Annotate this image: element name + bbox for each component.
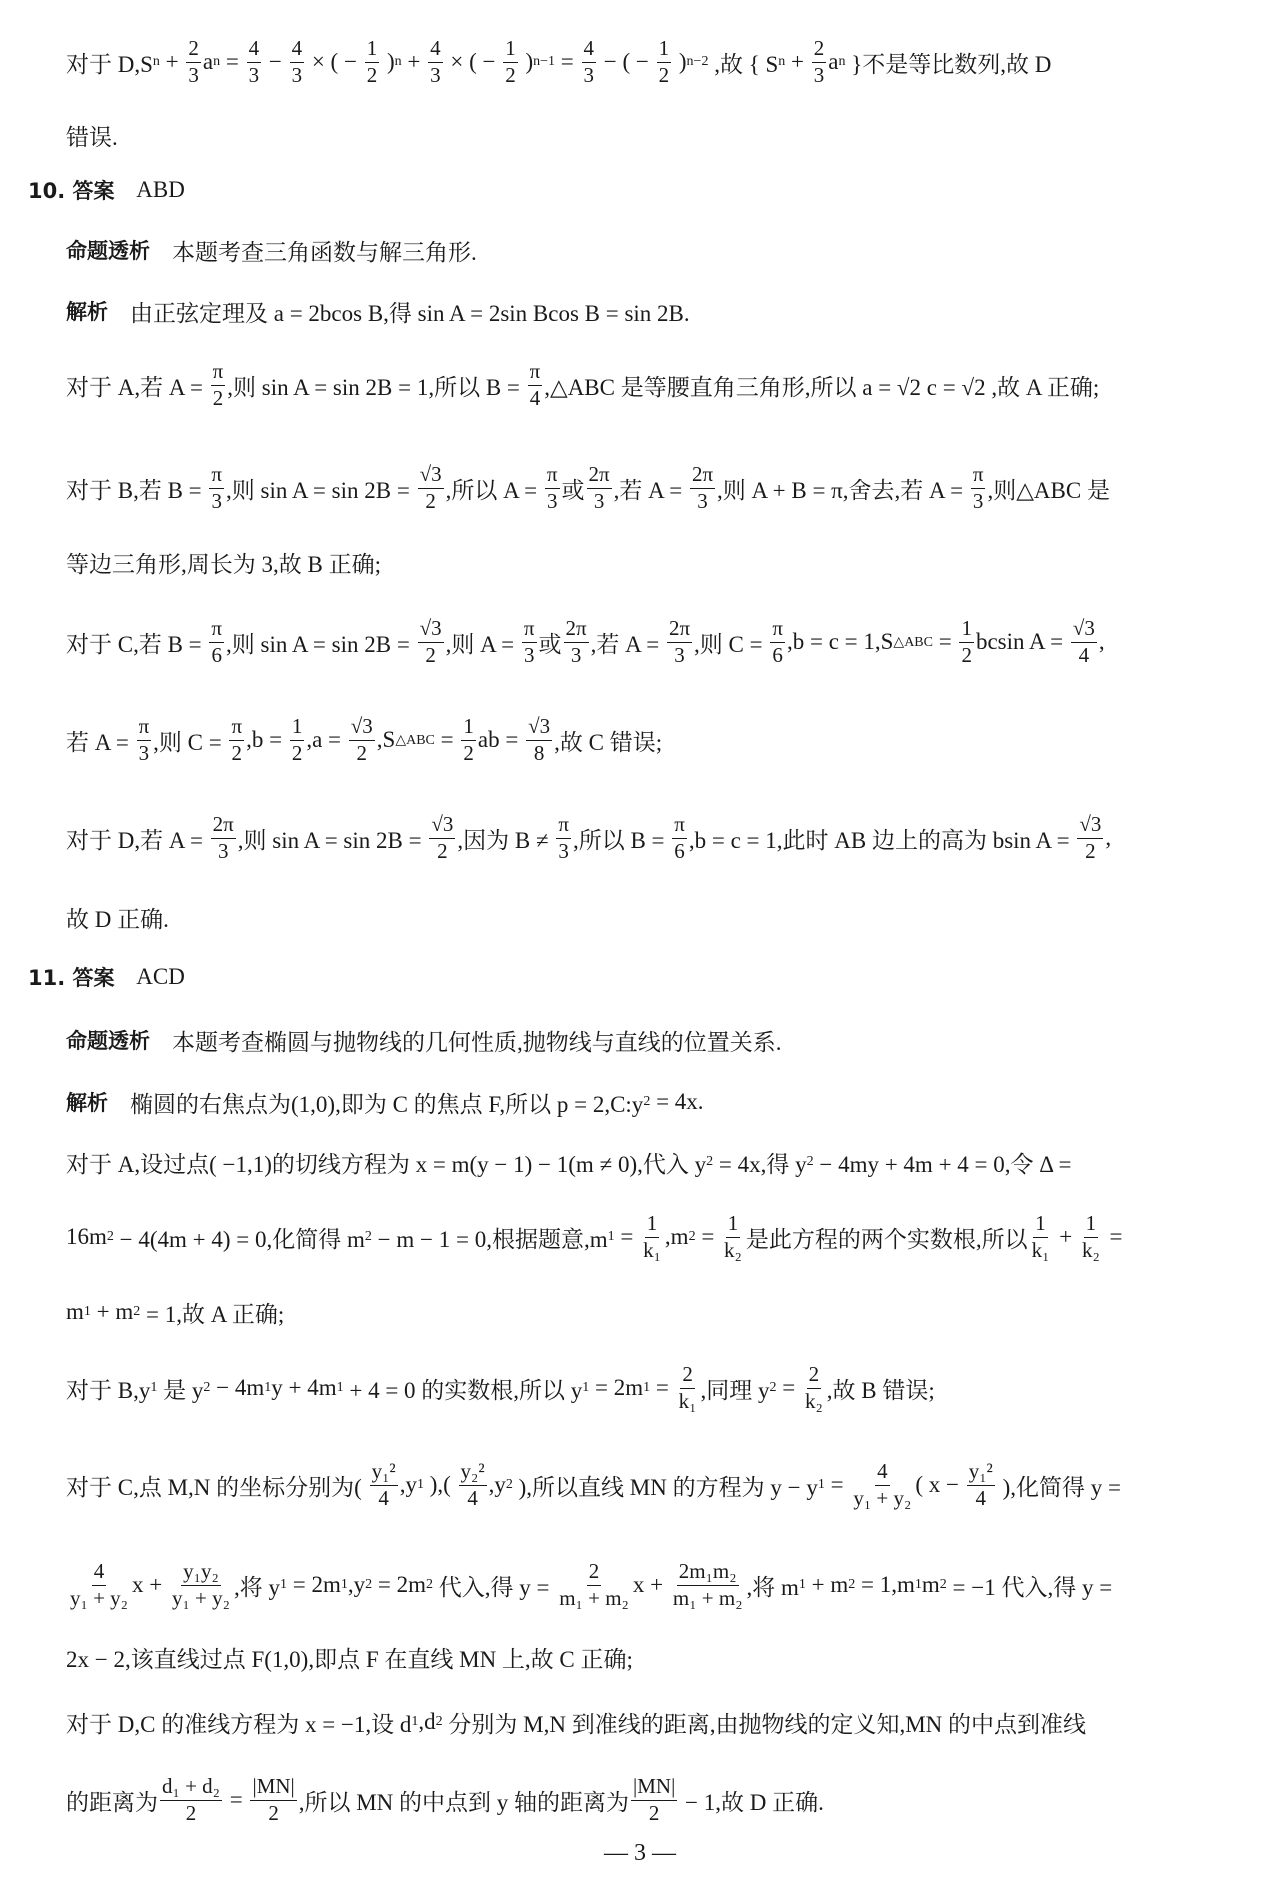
text-segment: ,y bbox=[489, 1472, 506, 1498]
text-segment: ),所以直线 MN 的方程为 y − y bbox=[513, 1469, 818, 1502]
text-segment: 的距离为 bbox=[66, 1784, 158, 1817]
text-line: 11. 答案 ACD bbox=[28, 947, 185, 1007]
section-label: 命题透析 bbox=[66, 235, 150, 265]
fraction: π6 bbox=[672, 813, 687, 862]
text-segment: a bbox=[828, 49, 838, 75]
fraction: √32 bbox=[418, 617, 444, 666]
fraction: √34 bbox=[1071, 617, 1097, 666]
text-segment: = bbox=[224, 1787, 248, 1813]
fraction: √32 bbox=[418, 463, 444, 512]
subscript: 2 bbox=[769, 1380, 776, 1396]
subscript: 2 bbox=[506, 1477, 513, 1493]
text-segment: ,则 sin A = sin 2B = 1,所以 B = bbox=[227, 369, 525, 402]
fraction: 4y₁ + y₂ bbox=[851, 1460, 913, 1509]
section-label: 解析 bbox=[66, 296, 108, 326]
text-segment: 对于 A,设过点( −1,1)的切线方程为 x = m(y − 1) − 1(m… bbox=[66, 1146, 706, 1179]
text-segment: 或 bbox=[562, 472, 585, 505]
text-segment: x + bbox=[633, 1572, 669, 1598]
fraction: 2m₁m₂m₁ + m₂ bbox=[671, 1560, 745, 1609]
text-segment: ,则△ABC 是 bbox=[987, 472, 1109, 505]
text-segment: y + 4m bbox=[271, 1375, 336, 1401]
fraction: y₂²4 bbox=[459, 1460, 487, 1509]
fraction: π3 bbox=[971, 463, 986, 512]
superscript: 2 bbox=[107, 1229, 114, 1245]
text-segment: = 2m bbox=[287, 1572, 341, 1598]
text-line: 解析椭圆的右焦点为(1,0),即为 C 的焦点 F,所以 p = 2,C:y2 … bbox=[66, 1072, 704, 1132]
fraction: 23 bbox=[812, 37, 827, 86]
text-line: 命题透析本题考查三角函数与解三角形. bbox=[66, 220, 477, 280]
text-segment: ABD bbox=[115, 177, 185, 203]
subscript: 1 bbox=[84, 1304, 91, 1320]
text-segment: ,b = bbox=[246, 727, 288, 753]
fraction: 2π3 bbox=[667, 617, 692, 666]
subscript: 1 bbox=[411, 1714, 418, 1730]
text-line: 对于 C,若 B = π6,则 sin A = sin 2B = √32,则 A… bbox=[66, 612, 1105, 672]
fraction: π2 bbox=[211, 360, 226, 409]
subscript: n bbox=[153, 54, 160, 70]
text-segment: ,△ABC 是等腰直角三角形,所以 a = √2 c = √2 ,故 A 正确; bbox=[544, 369, 1099, 402]
subscript: 2 bbox=[365, 1577, 372, 1593]
fraction: 43 bbox=[428, 37, 443, 86]
fraction: √32 bbox=[1077, 813, 1103, 862]
fraction: 12 bbox=[290, 715, 305, 764]
text-segment: − 4(4m + 4) = 0,化简得 m bbox=[114, 1221, 365, 1254]
text-segment: + bbox=[160, 49, 184, 75]
text-segment: = bbox=[1104, 1224, 1123, 1250]
text-segment: 对于 D,S bbox=[66, 46, 153, 79]
text-line: 对于 D,C 的准线方程为 x = −1,设 d1,d2 分别为 M,N 到准线… bbox=[66, 1692, 1086, 1752]
fraction: π3 bbox=[545, 463, 560, 512]
text-segment: , bbox=[1105, 825, 1111, 851]
fraction: π3 bbox=[137, 715, 152, 764]
text-segment: 对于 D,若 A = bbox=[66, 822, 209, 855]
superscript: 2 bbox=[706, 1154, 713, 1170]
text-segment: ,所以 A = bbox=[446, 472, 543, 505]
text-line: 4y₁ + y₂x + y₁y₂y₁ + y₂,将 y1 = 2m1,y2 = … bbox=[66, 1555, 1112, 1615]
section-label: 解析 bbox=[66, 1087, 108, 1117]
text-segment: + bbox=[785, 49, 809, 75]
fraction: 2k₁ bbox=[677, 1363, 699, 1412]
text-line: 对于 A,若 A = π2,则 sin A = sin 2B = 1,所以 B … bbox=[66, 355, 1099, 415]
text-segment: bcsin A = bbox=[976, 629, 1069, 655]
text-segment: 对于 D,C 的准线方程为 x = −1,设 d bbox=[66, 1706, 411, 1739]
text-segment: ,将 y bbox=[234, 1569, 280, 1602]
text-segment: ,因为 B ≠ bbox=[457, 822, 554, 855]
text-segment: = bbox=[776, 1375, 800, 1401]
text-segment: + bbox=[1053, 1224, 1077, 1250]
superscript: 2 bbox=[365, 1229, 372, 1245]
fraction: π2 bbox=[229, 715, 244, 764]
subscript: 1 bbox=[915, 1577, 922, 1593]
text-segment: ,则 C = bbox=[694, 626, 768, 659]
text-segment: ,则 C = bbox=[153, 724, 227, 757]
subscript: 1 bbox=[264, 1380, 271, 1396]
subscript: n bbox=[213, 54, 220, 70]
text-line: 对于 C,点 M,N 的坐标分别为( y₁²4,y1 ),( y₂²4,y2 )… bbox=[66, 1455, 1121, 1515]
fraction: 1k₁ bbox=[1030, 1212, 1052, 1261]
text-segment: = 4x. bbox=[650, 1089, 703, 1115]
subscript: △ABC bbox=[893, 634, 933, 651]
text-segment: ,d bbox=[418, 1709, 435, 1735]
text-segment: ) bbox=[673, 49, 686, 75]
fraction: 12 bbox=[365, 37, 380, 86]
text-segment: ,则 A = bbox=[446, 626, 520, 659]
text-segment: 是 y bbox=[157, 1372, 203, 1405]
text-segment: ,则 sin A = sin 2B = bbox=[226, 472, 416, 505]
text-segment: − ( − bbox=[598, 49, 655, 75]
subscript: n bbox=[839, 54, 846, 70]
fraction: 1k₂ bbox=[1080, 1212, 1102, 1261]
text-segment: ,则 A + B = π,舍去,若 A = bbox=[717, 472, 969, 505]
fraction: y₁²4 bbox=[967, 1460, 995, 1509]
superscript: 2 bbox=[643, 1094, 650, 1110]
text-line: 等边三角形,周长为 3,故 B 正确; bbox=[66, 532, 381, 592]
fraction: 23 bbox=[186, 37, 201, 86]
text-segment: ,y bbox=[348, 1572, 365, 1598]
fraction: 2k₂ bbox=[803, 1363, 825, 1412]
subscript: 2 bbox=[848, 1577, 855, 1593]
subscript: 2 bbox=[426, 1577, 433, 1593]
subscript: 2 bbox=[940, 1577, 947, 1593]
text-line: 对于 B,若 B = π3,则 sin A = sin 2B = √32,所以 … bbox=[66, 458, 1110, 518]
fraction: 12 bbox=[657, 37, 672, 86]
text-segment: ACD bbox=[115, 964, 185, 990]
answer-heading: 11. 答案 bbox=[28, 962, 115, 992]
text-segment: + bbox=[402, 49, 426, 75]
fraction: 4y₁ + y₂ bbox=[68, 1560, 130, 1609]
text-segment: + m bbox=[91, 1299, 133, 1325]
answer-heading: 10. 答案 bbox=[28, 175, 115, 205]
text-segment: ,则 sin A = sin 2B = bbox=[238, 822, 428, 855]
fraction: 12 bbox=[503, 37, 518, 86]
fraction: |MN|2 bbox=[250, 1775, 296, 1824]
text-segment: ( x − bbox=[915, 1472, 964, 1498]
page-number: — 3 — bbox=[0, 1840, 1280, 1867]
fraction: π4 bbox=[528, 360, 543, 409]
text-segment: = bbox=[615, 1224, 639, 1250]
text-segment: 2x − 2,该直线过点 F(1,0),即点 F 在直线 MN 上,故 C 正确… bbox=[66, 1641, 633, 1674]
text-line: 对于 D,若 A = 2π3,则 sin A = sin 2B = √32,因为… bbox=[66, 808, 1111, 868]
text-line: 对于 D,Sn + 23an = 43 − 43 × ( − 12 )n + 4… bbox=[66, 32, 1051, 92]
text-segment: = bbox=[650, 1375, 674, 1401]
subscript: 2 bbox=[436, 1714, 443, 1730]
fraction: √38 bbox=[526, 715, 552, 764]
text-segment: ) bbox=[520, 49, 533, 75]
text-line: 对于 B,y1 是 y2 − 4m1y + 4m1 + 4 = 0 的实数根,所… bbox=[66, 1358, 935, 1418]
fraction: √32 bbox=[349, 715, 375, 764]
fraction: π6 bbox=[770, 617, 785, 666]
text-segment: a bbox=[203, 49, 213, 75]
text-segment: − m − 1 = 0,根据题意,m bbox=[372, 1221, 608, 1254]
text-line: 命题透析本题考查椭圆与抛物线的几何性质,抛物线与直线的位置关系. bbox=[66, 1010, 782, 1070]
text-segment: 代入,得 y = bbox=[433, 1569, 555, 1602]
text-segment: + 4 = 0 的实数根,所以 y bbox=[344, 1372, 583, 1405]
text-segment: ,所以 B = bbox=[573, 822, 670, 855]
subscript: 1 bbox=[337, 1380, 344, 1396]
fraction: 43 bbox=[290, 37, 305, 86]
text-segment: × ( − bbox=[445, 49, 502, 75]
text-segment: = bbox=[825, 1472, 849, 1498]
text-line: 若 A = π3,则 C = π2,b = 12,a = √32,S△ABC =… bbox=[66, 710, 662, 770]
fraction: 43 bbox=[582, 37, 597, 86]
text-segment: = −1 代入,得 y = bbox=[947, 1569, 1112, 1602]
text-line: 16m2 − 4(4m + 4) = 0,化简得 m2 − m − 1 = 0,… bbox=[66, 1207, 1123, 1267]
text-segment: ,故 C 错误; bbox=[554, 724, 662, 757]
text-segment: = 2m bbox=[372, 1572, 426, 1598]
text-segment: 对于 B,若 B = bbox=[66, 472, 207, 505]
text-segment: = bbox=[933, 629, 957, 655]
text-segment: ,则 sin A = sin 2B = bbox=[226, 626, 416, 659]
subscript: 1 bbox=[341, 1577, 348, 1593]
text-segment: 分别为 M,N 到准线的距离,由抛物线的定义知,MN 的中点到准线 bbox=[443, 1706, 1086, 1739]
section-label: 命题透析 bbox=[66, 1025, 150, 1055]
text-segment: 对于 B,y bbox=[66, 1372, 150, 1405]
subscript: 1 bbox=[643, 1380, 650, 1396]
text-segment: 16m bbox=[66, 1224, 107, 1250]
fraction: y₁y₂y₁ + y₂ bbox=[170, 1560, 232, 1609]
text-line: 错误. bbox=[66, 105, 118, 165]
superscript: n bbox=[395, 54, 402, 70]
fraction: π3 bbox=[522, 617, 537, 666]
fraction: |MN|2 bbox=[631, 1775, 677, 1824]
subscript: 2 bbox=[133, 1304, 140, 1320]
text-segment: 是此方程的两个实数根,所以 bbox=[746, 1221, 1028, 1254]
text-segment: 本题考查三角函数与解三角形. bbox=[172, 234, 477, 267]
fraction: 1k₂ bbox=[722, 1212, 744, 1261]
subscript: 1 bbox=[608, 1229, 615, 1245]
text-segment: ,所以 MN 的中点到 y 轴的距离为 bbox=[299, 1784, 629, 1817]
text-line: 对于 A,设过点( −1,1)的切线方程为 x = m(y − 1) − 1(m… bbox=[66, 1132, 1072, 1192]
text-line: m1 + m2 = 1,故 A 正确; bbox=[66, 1282, 284, 1342]
text-segment: 对于 C,若 B = bbox=[66, 626, 207, 659]
text-segment: − 4m bbox=[210, 1375, 264, 1401]
fraction: 43 bbox=[247, 37, 262, 86]
fraction: π3 bbox=[556, 813, 571, 862]
text-segment: 椭圆的右焦点为(1,0),即为 C 的焦点 F,所以 p = 2,C:y bbox=[130, 1086, 643, 1119]
text-line: 2x − 2,该直线过点 F(1,0),即点 F 在直线 MN 上,故 C 正确… bbox=[66, 1627, 633, 1687]
text-segment: ,b = c = 1,此时 AB 边上的高为 bsin A = bbox=[689, 822, 1076, 855]
fraction: 2π3 bbox=[587, 463, 612, 512]
text-segment: − 4my + 4m + 4 = 0,令 Δ = bbox=[814, 1146, 1072, 1179]
subscript: 1 bbox=[799, 1577, 806, 1593]
text-segment: ,y bbox=[400, 1472, 417, 1498]
fraction: 2m₁ + m₂ bbox=[557, 1560, 631, 1609]
text-segment: 等边三角形,周长为 3,故 B 正确; bbox=[66, 546, 381, 579]
subscript: 1 bbox=[280, 1577, 287, 1593]
text-line: 10. 答案 ABD bbox=[28, 160, 185, 220]
fraction: d₁ + d₂2 bbox=[160, 1775, 222, 1824]
text-segment: 若 A = bbox=[66, 724, 135, 757]
text-segment: = bbox=[696, 1224, 720, 1250]
fraction: 2π3 bbox=[690, 463, 715, 512]
text-segment: ,故 { S bbox=[708, 46, 778, 79]
text-segment: 故 D 正确. bbox=[66, 901, 169, 934]
text-segment: ) bbox=[381, 49, 394, 75]
text-segment: ,若 A = bbox=[591, 626, 665, 659]
text-segment: ab = bbox=[478, 727, 524, 753]
text-segment: = bbox=[220, 49, 244, 75]
text-segment: = bbox=[555, 49, 579, 75]
text-segment: m bbox=[66, 1299, 84, 1325]
superscript: n−1 bbox=[533, 54, 555, 70]
text-segment: = 2m bbox=[589, 1375, 643, 1401]
text-segment: , bbox=[1099, 629, 1105, 655]
text-segment: = 1,故 A 正确; bbox=[140, 1296, 284, 1329]
subscript: n bbox=[778, 54, 785, 70]
text-segment: ),化简得 y = bbox=[997, 1469, 1121, 1502]
subscript: 1 bbox=[150, 1380, 157, 1396]
text-segment: = 1,m bbox=[855, 1572, 915, 1598]
text-segment: ),( bbox=[424, 1472, 457, 1498]
superscript: 2 bbox=[203, 1380, 210, 1396]
text-segment: − 1,故 D 正确. bbox=[679, 1784, 824, 1817]
subscript: 1 bbox=[818, 1477, 825, 1493]
subscript: △ABC bbox=[395, 732, 435, 749]
text-segment: ,m bbox=[665, 1224, 689, 1250]
text-segment: x + bbox=[132, 1572, 168, 1598]
text-segment: ,同理 y bbox=[700, 1372, 769, 1405]
subscript: 2 bbox=[689, 1229, 696, 1245]
text-segment: − bbox=[263, 49, 287, 75]
text-segment: ,b = c = 1,S bbox=[787, 629, 893, 655]
fraction: √32 bbox=[429, 813, 455, 862]
text-segment: 对于 C,点 M,N 的坐标分别为( bbox=[66, 1469, 368, 1502]
text-segment: }不是等比数列,故 D bbox=[846, 46, 1052, 79]
text-segment: ,将 m bbox=[747, 1569, 799, 1602]
superscript: n−2 bbox=[687, 54, 709, 70]
text-segment: ,S bbox=[377, 727, 396, 753]
text-segment: = 4x,得 y bbox=[713, 1146, 806, 1179]
fraction: 2π3 bbox=[211, 813, 236, 862]
fraction: 2π3 bbox=[564, 617, 589, 666]
fraction: π3 bbox=[209, 463, 224, 512]
superscript: 2 bbox=[807, 1154, 814, 1170]
text-segment: × ( − bbox=[306, 49, 363, 75]
text-segment: + m bbox=[806, 1572, 848, 1598]
fraction: 12 bbox=[959, 617, 974, 666]
text-segment: m bbox=[922, 1572, 940, 1598]
fraction: 12 bbox=[461, 715, 476, 764]
text-segment: ,若 A = bbox=[614, 472, 688, 505]
text-line: 的距离为d₁ + d₂2 = |MN|2,所以 MN 的中点到 y 轴的距离为|… bbox=[66, 1770, 824, 1830]
text-segment: 错误. bbox=[66, 119, 118, 152]
subscript: 1 bbox=[417, 1477, 424, 1493]
text-segment: ,a = bbox=[306, 727, 346, 753]
text-segment: 对于 A,若 A = bbox=[66, 369, 209, 402]
text-line: 解析由正弦定理及 a = 2bcos B,得 sin A = 2sin Bcos… bbox=[66, 281, 690, 341]
subscript: 1 bbox=[582, 1380, 589, 1396]
text-segment: = bbox=[435, 727, 459, 753]
text-line: 故 D 正确. bbox=[66, 887, 169, 947]
fraction: π6 bbox=[209, 617, 224, 666]
text-segment: 或 bbox=[539, 626, 562, 659]
fraction: y₁²4 bbox=[370, 1460, 398, 1509]
text-segment: 本题考查椭圆与抛物线的几何性质,抛物线与直线的位置关系. bbox=[172, 1024, 782, 1057]
fraction: 1k₁ bbox=[641, 1212, 663, 1261]
text-segment: ,故 B 错误; bbox=[827, 1372, 935, 1405]
text-segment: 由正弦定理及 a = 2bcos B,得 sin A = 2sin Bcos B… bbox=[130, 295, 690, 328]
